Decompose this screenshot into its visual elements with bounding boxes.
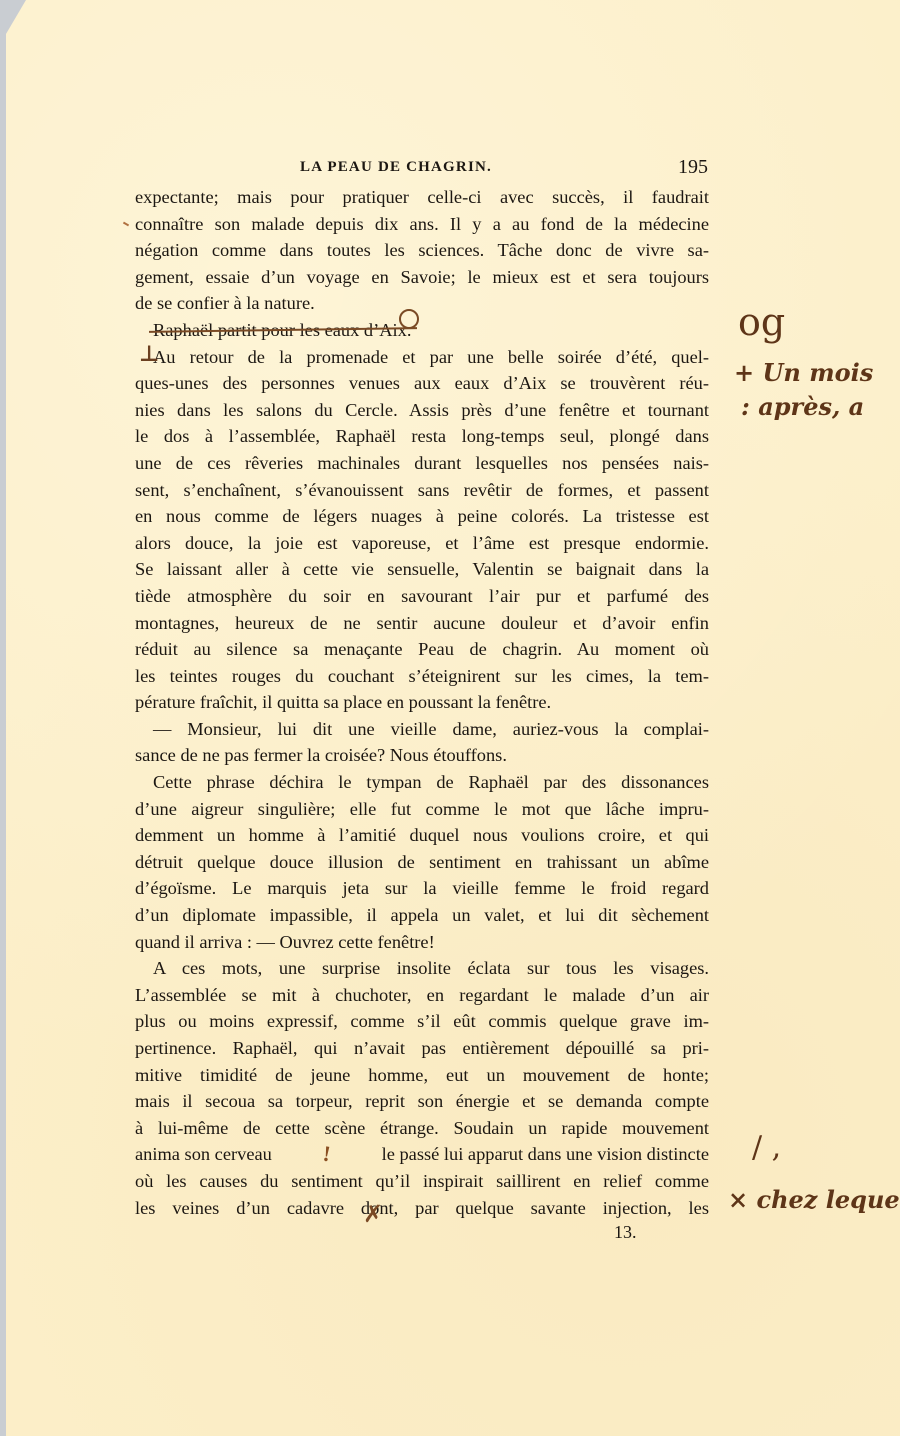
text-line: les teintes rouges du couchant s’éteigni… — [135, 663, 709, 690]
text-line: pérature fraîchit, il quitta sa place en… — [135, 689, 709, 716]
text-line: nies dans les salons du Cercle. Assis pr… — [135, 397, 709, 424]
deletion-x-icon: ✗ — [363, 1201, 383, 1228]
text-line: quand il arriva : — Ouvrez cette fenêtre… — [135, 929, 709, 956]
text-line: d’égoïsme. Le marquis jeta sur la vieill… — [135, 875, 709, 902]
text-line: connaître son malade depuis dix ans. Il … — [135, 211, 709, 238]
text-line: sent, s’enchaînent, s’évanouissent sans … — [135, 477, 709, 504]
text-line: Cette phrase déchira le tympan de Raphaë… — [135, 769, 709, 796]
text-line: tiède atmosphère du soir en savourant l’… — [135, 583, 709, 610]
text-line: en nous comme de légers nuages à peine c… — [135, 503, 709, 530]
text-line: réduit au silence sa menaçante Peau de c… — [135, 636, 709, 663]
text-line: une de ces rêveries machinales durant le… — [135, 450, 709, 477]
body-text: expectante; mais pour pratiquer celle-ci… — [135, 184, 709, 1221]
running-head: LA PEAU DE CHAGRIN. 195 — [130, 156, 710, 180]
margin-note: og — [738, 300, 785, 344]
text-line: — Monsieur, lui dit une vieille dame, au… — [135, 716, 709, 743]
running-title: LA PEAU DE CHAGRIN. — [300, 159, 492, 176]
text-line: sance de ne pas fermer la croisée? Nous … — [135, 742, 709, 769]
text-line: détruit quelque douce illusion de sentim… — [135, 849, 709, 876]
deleted-line: Raphaël partit pour les eaux d’Aix. — [135, 317, 709, 344]
margin-note: : après, a — [741, 392, 864, 421]
text-line: à lui-même de cette scène étrange. Souda… — [135, 1115, 709, 1142]
margin-tick-icon — [123, 221, 129, 226]
circle-mark-icon — [399, 309, 419, 329]
text-line: d’une aigreur singulière; elle fut comme… — [135, 796, 709, 823]
margin-note: × chez lequel — [728, 1185, 900, 1214]
exclamation-correction-icon: ! — [321, 1141, 332, 1168]
text-line: négation comme dans toutes les sciences.… — [135, 237, 709, 264]
text-line: mais il secoua sa torpeur, reprit son én… — [135, 1088, 709, 1115]
text-line: anima son cerveau ! le passé lui apparut… — [135, 1141, 709, 1168]
margin-note: + Un mois — [734, 358, 873, 387]
text-line: L’assemblée se mit à chuchoter, en regar… — [135, 982, 709, 1009]
text-line: expectante; mais pour pratiquer celle-ci… — [135, 184, 709, 211]
text-line: mitive timidité de jeune homme, eut un m… — [135, 1062, 709, 1089]
text-line: le dos à l’assemblée, Raphaël resta long… — [135, 423, 709, 450]
page-number: 195 — [678, 156, 708, 179]
insert-caret-icon: ⊥ — [139, 342, 159, 369]
text-line: pertinence. Raphaël, qui n’avait pas ent… — [135, 1035, 709, 1062]
signature-mark: 13. — [614, 1222, 637, 1243]
text-line: de se confier à la nature. — [135, 290, 709, 317]
text-line: où les causes du sentiment qu’il inspira… — [135, 1168, 709, 1195]
text-line: demment un homme à l’amitié duquel nous … — [135, 822, 709, 849]
text-line: les veines d’un cadavre dont, par quelqu… — [135, 1195, 709, 1222]
text-line: alors douce, la joie est vaporeuse, et l… — [135, 530, 709, 557]
text-line: montagnes, heureux de ne sentir aucune d… — [135, 610, 709, 637]
struck-through-sentence: Raphaël partit pour les eaux d’Aix. — [153, 317, 411, 344]
text-line: plus ou moins expressif, comme s’il eût … — [135, 1008, 709, 1035]
margin-note: / , — [752, 1130, 781, 1165]
text-line: A ces mots, une surprise insolite éclata… — [135, 955, 709, 982]
text-line: ⊥ Au retour de la promenade et par une b… — [135, 344, 709, 371]
text-line: Se laissant aller à cette vie sensuelle,… — [135, 556, 709, 583]
book-page: LA PEAU DE CHAGRIN. 195 expectante; mais… — [6, 0, 900, 1436]
text-line: gement, essaie d’un voyage en Savoie; le… — [135, 264, 709, 291]
text-line: ques-unes des personnes venues aux eaux … — [135, 370, 709, 397]
text-line: d’un diplomate impassible, il appela un … — [135, 902, 709, 929]
